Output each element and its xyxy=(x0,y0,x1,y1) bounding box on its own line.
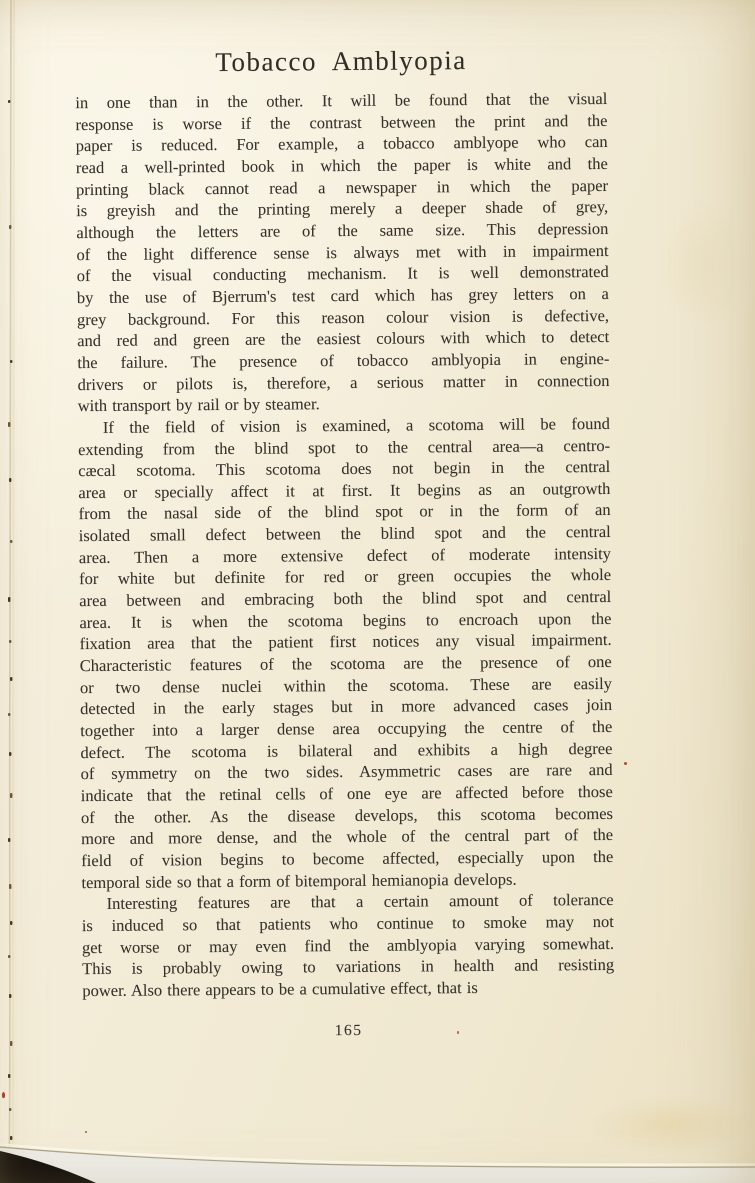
type-block: Tobacco Amblyopia in one than in the oth… xyxy=(75,44,615,1042)
page-title: Tobacco Amblyopia xyxy=(75,44,607,78)
page-edge-left xyxy=(0,0,22,1183)
book-page: Tobacco Amblyopia in one than in the oth… xyxy=(0,0,755,1183)
paper-stain xyxy=(655,200,750,330)
text-line: drivers or pilots is, therefore, a serio… xyxy=(77,369,609,395)
text-line: This is probably owing to variations in … xyxy=(82,954,614,980)
text-line: power. Also there appears to be a cumula… xyxy=(82,976,614,1002)
page-bottom-edge xyxy=(0,1128,755,1183)
red-ink-speck xyxy=(624,762,627,765)
body-text: in one than in the other. It will be fou… xyxy=(75,88,614,1002)
page-number: 165 xyxy=(83,1019,615,1041)
scanned-book-photo: Tobacco Amblyopia in one than in the oth… xyxy=(0,0,755,1183)
text-line: field of vision begins to become affecte… xyxy=(81,846,613,872)
